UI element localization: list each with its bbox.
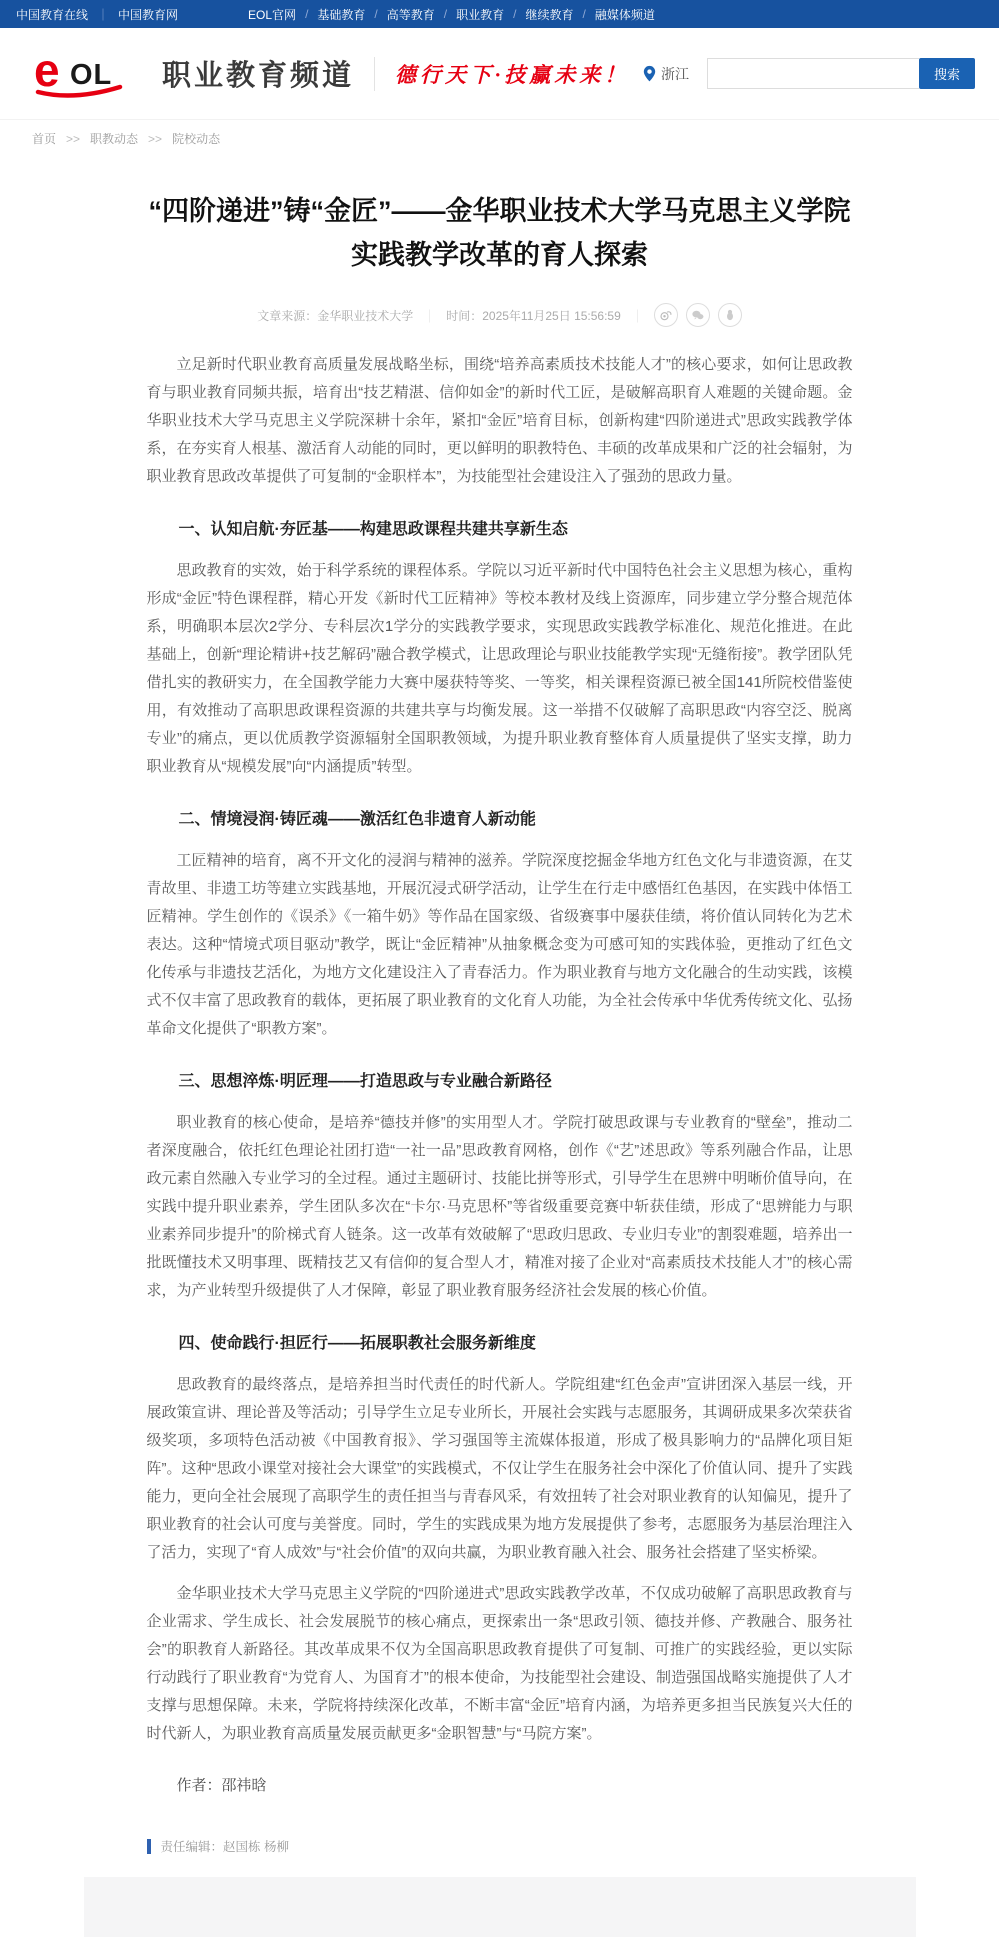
location-pin-icon bbox=[643, 65, 656, 82]
topbar-nav-item-wrap: EOL官网/ bbox=[248, 6, 317, 23]
article-body: 立足新时代职业教育高质量发展战略坐标，围绕“培养高素质技术技能人才”的核心要求，… bbox=[147, 351, 853, 1748]
header-divider bbox=[374, 57, 375, 91]
article-block: 金华职业技术大学马克思主义学院的“四阶递进式”思政实践教学改革，不仅成功破解了高… bbox=[147, 1580, 853, 1748]
editor-row: 责任编辑：赵国栋 杨柳 bbox=[147, 1837, 853, 1855]
breadcrumb-item-wrap: 院校动态 bbox=[172, 130, 240, 147]
svg-text:OL: OL bbox=[70, 59, 112, 91]
share-qq-icon[interactable] bbox=[718, 303, 742, 327]
author-line: 作者：邵祎晗 bbox=[147, 1774, 853, 1795]
meta-separator: ｜ bbox=[621, 306, 654, 325]
page: 中国教育在线｜ 中国教育网 EOL官网/ 基础教育/ 高等教育/ 职业教育/ 继… bbox=[0, 0, 999, 1948]
svg-text:e: e bbox=[34, 49, 60, 96]
editor-line: 责任编辑：赵国栋 杨柳 bbox=[161, 1837, 289, 1855]
article: “四阶递进”铸“金匠”——金华职业技术大学马克思主义学院实践教学改革的育人探索 … bbox=[147, 189, 853, 1855]
nav-separator: / bbox=[435, 7, 456, 21]
nav-separator: / bbox=[365, 7, 386, 21]
topbar-nav: EOL官网/ 基础教育/ 高等教育/ 职业教育/ 继续教育/ 融媒体频道 bbox=[248, 6, 673, 23]
topbar-nav-item[interactable]: 基础教育 bbox=[317, 6, 365, 23]
article-source: 文章来源：金华职业技术大学 bbox=[257, 307, 413, 324]
topbar-nav-item-wrap: 高等教育/ bbox=[387, 6, 456, 23]
article-block: 职业教育的核心使命，是培养“德技并修”的实用型人才。学院打破思政课与专业教育的“… bbox=[147, 1109, 853, 1305]
header-right: 浙江 搜索 bbox=[643, 58, 975, 89]
channel-title: 职业教育频道 bbox=[162, 53, 354, 94]
article-block: 立足新时代职业教育高质量发展战略坐标，围绕“培养高素质技术技能人才”的核心要求，… bbox=[147, 351, 853, 491]
topbar-nav-item[interactable]: 高等教育 bbox=[387, 6, 435, 23]
article-block: 四、使命践行·担匠行——拓展职教社会服务新维度 bbox=[147, 1330, 853, 1358]
article-title: “四阶递进”铸“金匠”——金华职业技术大学马克思主义学院实践教学改革的育人探索 bbox=[147, 189, 853, 277]
search-box: 搜索 bbox=[707, 58, 975, 89]
topbar-nav-item-wrap: 基础教育/ bbox=[317, 6, 386, 23]
article-block: 一、认知启航·夯匠基——构建思政课程共建共享新生态 bbox=[147, 516, 853, 544]
topbar-nav-item-wrap: 职业教育/ bbox=[456, 6, 525, 23]
eol-logo-icon: e OL bbox=[34, 49, 152, 99]
breadcrumb-item[interactable]: 首页 bbox=[32, 130, 56, 147]
share-weibo-icon[interactable] bbox=[654, 303, 678, 327]
slogan-text: 德行天下·技赢未来！ bbox=[395, 59, 629, 89]
topbar: 中国教育在线｜ 中国教育网 EOL官网/ 基础教育/ 高等教育/ 职业教育/ 继… bbox=[0, 0, 999, 28]
article-block: 思政教育的实效，始于科学系统的课程体系。学院以习近平新时代中国特色社会主义思想为… bbox=[147, 557, 853, 781]
site-header: e OL 职业教育频道 德行天下·技赢未来！ 浙江 搜索 bbox=[0, 28, 999, 120]
breadcrumb-separator: >> bbox=[138, 132, 172, 146]
topbar-link[interactable]: 中国教育在线 bbox=[16, 6, 88, 23]
breadcrumb-item-wrap: 职教动态>> bbox=[90, 130, 172, 147]
breadcrumb-separator: >> bbox=[56, 132, 90, 146]
topbar-nav-item[interactable]: EOL官网 bbox=[248, 6, 296, 23]
breadcrumb-item-wrap: 首页>> bbox=[32, 130, 90, 147]
topbar-nav-item[interactable]: 职业教育 bbox=[456, 6, 504, 23]
topbar-nav-item[interactable]: 融媒体频道 bbox=[595, 6, 655, 23]
search-button[interactable]: 搜索 bbox=[919, 58, 975, 89]
article-meta: 文章来源：金华职业技术大学 ｜ 时间：2025年11月25日 15:56:59 … bbox=[147, 303, 853, 327]
share-wechat-icon[interactable] bbox=[686, 303, 710, 327]
topbar-link[interactable]: 中国教育网 bbox=[118, 6, 178, 23]
breadcrumb-item[interactable]: 院校动态 bbox=[172, 130, 220, 147]
article-block: 工匠精神的培育，离不开文化的浸润与精神的滋养。学院深度挖掘金华地方红色文化与非遗… bbox=[147, 847, 853, 1043]
topbar-site-links: 中国教育在线｜ 中国教育网 bbox=[16, 6, 196, 23]
location-selector[interactable]: 浙江 bbox=[643, 64, 689, 84]
footer-band bbox=[84, 1877, 916, 1937]
breadcrumb-item[interactable]: 职教动态 bbox=[90, 130, 138, 147]
article-block: 思政教育的最终落点，是培养担当时代责任的时代新人。学院组建“红色金声”宣讲团深入… bbox=[147, 1371, 853, 1567]
topbar-nav-item-wrap: 继续教育/ bbox=[525, 6, 594, 23]
topbar-link-item: 中国教育网 bbox=[118, 6, 196, 23]
topbar-link-item: 中国教育在线｜ bbox=[16, 6, 118, 23]
site-logo[interactable]: e OL 职业教育频道 bbox=[34, 49, 354, 99]
nav-separator: / bbox=[504, 7, 525, 21]
topbar-nav-item[interactable]: 继续教育 bbox=[525, 6, 573, 23]
share-icons bbox=[654, 303, 742, 327]
article-time: 时间：2025年11月25日 15:56:59 bbox=[446, 307, 621, 324]
topbar-nav-item-wrap: 融媒体频道 bbox=[595, 6, 673, 23]
nav-separator: / bbox=[296, 7, 317, 21]
meta-separator: ｜ bbox=[413, 306, 446, 325]
article-block: 三、思想淬炼·明匠理——打造思政与专业融合新路径 bbox=[147, 1068, 853, 1096]
search-input[interactable] bbox=[707, 58, 919, 89]
location-label: 浙江 bbox=[661, 64, 689, 84]
breadcrumb: 首页>> 职教动态>> 院校动态 bbox=[0, 120, 999, 147]
editor-accent-bar bbox=[147, 1839, 151, 1854]
article-block: 二、情境浸润·铸匠魂——激活红色非遗育人新动能 bbox=[147, 806, 853, 834]
topbar-separator: ｜ bbox=[88, 6, 118, 23]
nav-separator: / bbox=[574, 7, 595, 21]
